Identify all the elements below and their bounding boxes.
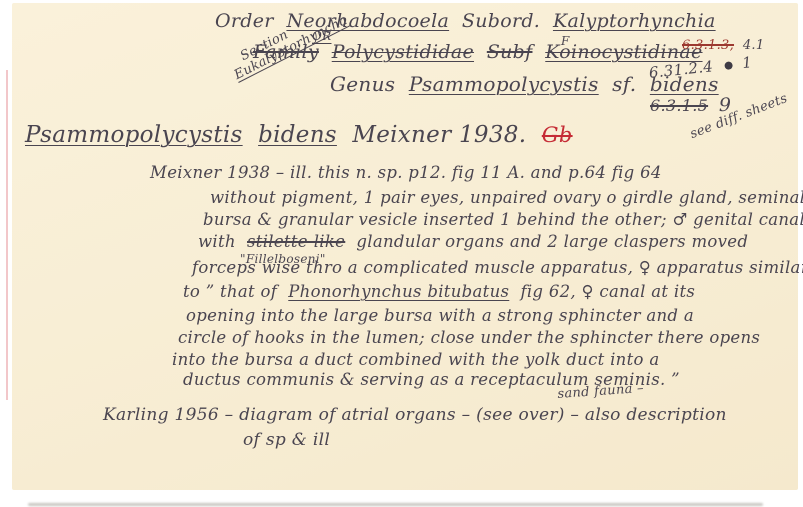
suborder-value: Kalyptorhynchia [553, 10, 716, 32]
note-line-4-rest: glandular organs and 2 large claspers mo… [356, 232, 748, 251]
family-line: Family Polycystididae Subf Koinocystidin… [253, 41, 703, 63]
karling-line-1: Karling 1956 – diagram of atrial organs … [103, 405, 727, 425]
note-line-5: forceps wise thro a complicated muscle a… [192, 258, 803, 277]
genus-label: Genus [330, 72, 395, 96]
note-line-6-rest: fig 62, ♀ canal at its [520, 282, 695, 301]
red-catalog-code: 6.3.1.3, 4.1 [682, 38, 764, 53]
catalog-code-lower: 6.3.1.5 9 [650, 94, 731, 116]
subfamily-label: Subf [487, 41, 533, 63]
genus-line: Genus Psammopolycystis sf. bidens [330, 72, 719, 96]
note-line-7: opening into the large bursa with a stro… [186, 306, 694, 325]
title-author: Meixner 1938. [352, 122, 526, 148]
note-line-9: into the bursa a duct combined with the … [172, 350, 659, 369]
note-line-8: circle of hooks in the lumen; close unde… [178, 328, 760, 347]
family-label: Family [253, 41, 319, 63]
note-line-4: with stilette-like glandular organs and … [198, 232, 748, 251]
note-line-6-start: to ” that of [183, 282, 277, 301]
ink-blot [724, 61, 733, 70]
scan-edge-artifact [6, 70, 8, 400]
red-code-struck: 6.3.1.3, [682, 38, 734, 53]
genus-value: Psammopolycystis [409, 72, 599, 96]
note-line-4-start: with [198, 232, 236, 251]
note-line-1: Meixner 1938 – ill. this n. sp. p12. fig… [150, 163, 662, 182]
note-line-3: bursa & granular vesicle inserted 1 behi… [203, 210, 803, 229]
code-upper-tail: 1 [741, 53, 753, 72]
scan-bottom-shadow [28, 503, 763, 506]
karling-line-2: of sp & ill [243, 430, 330, 450]
note-line-2: without pigment, 1 pair eyes, unpaired o… [210, 188, 803, 207]
note-line-6-taxon: Phonorhynchus bitubatus [288, 282, 509, 301]
title-species: bidens [258, 122, 337, 148]
order-label: Order [215, 10, 274, 32]
note-line-6: to ” that of Phonorhynchus bitubatus fig… [183, 282, 695, 301]
note-line-4-struck-word: stilette-like [247, 232, 345, 251]
scanned-index-card: Order Neorhabdocoela Subord. Kalyptorhyn… [0, 0, 803, 507]
suborder-label: Subord. [462, 10, 540, 32]
species-value: bidens [650, 72, 719, 96]
title-genus: Psammopolycystis [25, 122, 243, 148]
cf-note: sf. [612, 72, 636, 96]
code-lower-struck: 6.3.1.5 [650, 96, 708, 115]
red-editorial-mark: Gb [542, 123, 573, 147]
family-value: Polycystididae [332, 41, 474, 63]
red-code-tail: 4.1 [743, 38, 765, 53]
species-title-line: Psammopolycystis bidens Meixner 1938. Gb [25, 122, 573, 148]
